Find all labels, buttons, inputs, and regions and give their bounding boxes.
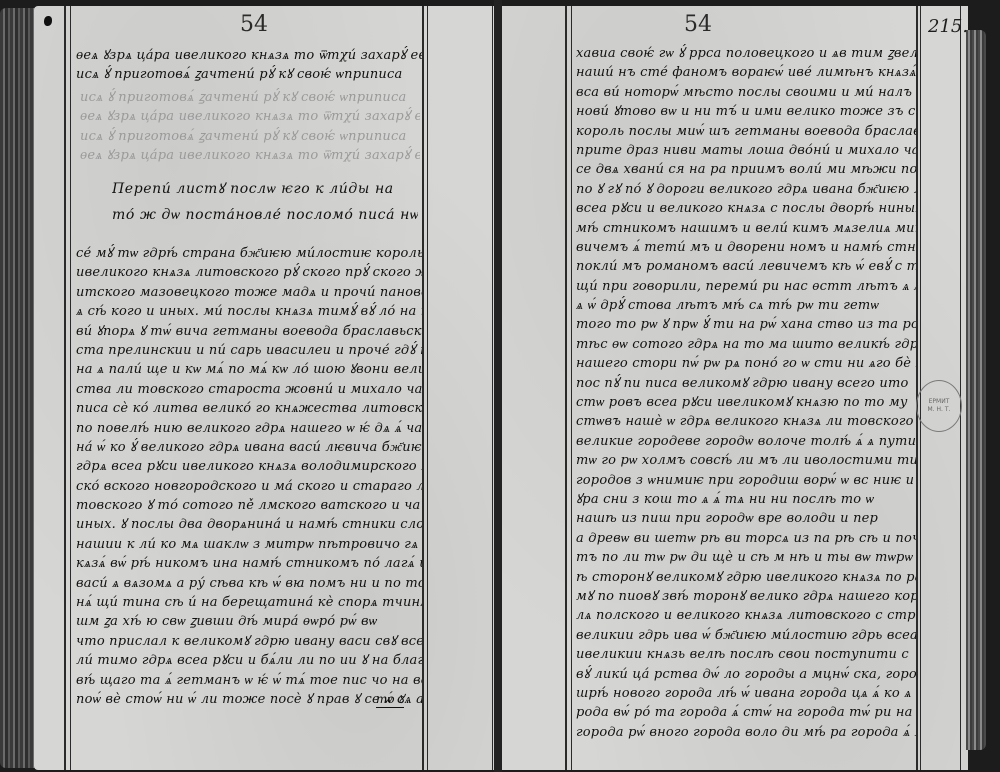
heading-line: Перепи́ листꙋ послѡ ѥго к ли́ды на (112, 176, 418, 202)
right-margin-rule-left2 (571, 6, 572, 770)
text-line: ивеликии кнѧзь велѣ послѣ свои поступити… (576, 645, 916, 664)
book-gutter (494, 0, 502, 772)
left-outer-rule (492, 6, 493, 770)
text-line: тѡ го рѡ холмъ совсѣ́ ли мъ ли иволостим… (576, 451, 916, 470)
left-page-number: 54 (240, 12, 268, 37)
text-line: стѡ ровъ всеа рꙋси ивеликомꙋ кнѧзю по то… (576, 393, 916, 412)
text-line: гдрѧ всеа рꙋси ивеликого кнѧзѧ володимир… (76, 457, 422, 476)
library-stamp: ЕРМИТ М. Н. Т. (916, 380, 962, 432)
text-line: ли́ тимо гдрѧ всеа рꙋси и бѧ́ли ли по ии… (76, 651, 422, 670)
faint-line: ѳеѧ ꙋзрѧ ца́ра ивеликого кнѧзѧ то ѿтχи́ … (80, 107, 420, 126)
book-edge-left (0, 8, 36, 768)
text-line: хавиа своѥ́ гѡ ꙋ́ ррса половецкого и ѧв … (576, 44, 916, 63)
text-line: исѧ ꙋ́ приготовѧ́ ꙁачтени́ рꙋ́ кꙋ своѥ́ … (76, 65, 422, 84)
right-outer-rule (960, 6, 961, 770)
text-line: товского ꙋ то́ сотого пѐ́ лмского ватско… (76, 496, 422, 515)
text-line: по ꙋ гꙋ по́ ꙋ дороги великого гдрѧ ивана… (576, 180, 916, 199)
text-line: нѧ́ щи́ тина сѣ и́ на берещатина́ кѐ спо… (76, 593, 422, 612)
text-line: вꙋ́ лики́ ца́ рства дѡ́ ло городы а мцнѡ… (576, 665, 916, 684)
section-heading: Перепи́ листꙋ послѡ ѥго к ли́ды на то́ ж… (112, 176, 418, 228)
text-line: того то рѡ ꙋ прѡ ꙋ́ ти на рѡ́ хана ство … (576, 315, 916, 334)
text-line: ста прелинскии и пи́ сарь ивасилеи и про… (76, 341, 422, 360)
faint-lines: исѧ ꙋ́ приготовѧ́ ꙁачтени́ рꙋ́ кꙋ своѥ́ … (80, 88, 420, 166)
text-line: ѳеѧ ꙋзрѧ ца́ра ивеликого кнѧзѧ то ѿтχи́ … (76, 46, 422, 65)
ink-blot (44, 16, 52, 26)
text-line: тъ по ли тѡ рѡ ди щѐ и сѣ м нѣ и ты вѡ т… (576, 548, 916, 567)
manuscript-spread: 54 54 215. ѳеѧ ꙋзрѧ ца́ра ивеликого кнѧз… (0, 0, 1000, 772)
left-body-text: се́ мꙋ́ тѡ гдрѣ́ страна бж҃иѥю ми́лостиѥ… (76, 244, 422, 709)
text-line: ѧ ѡ́ дрꙋ́ стова лѣтъ мѣ́ сѧ тѣ́ рѡ ти ге… (576, 296, 916, 315)
text-line: ивеликого кнѧзѧ литовского рꙋ́ ского прꙋ… (76, 263, 422, 282)
text-line: пос пꙋ́ пи писа великомꙋ гдрю ивану всег… (576, 374, 916, 393)
text-line: нашии к ли́ ко мѧ шаклѡ з митрѡ пѣтрович… (76, 535, 422, 554)
text-line: рода вѡ́ ро́ та города ѧ́ стѡ́ на города… (576, 703, 916, 722)
text-line: а древѡ ви шетѡ рѣ ви торсѧ из па рѣ сѣ … (576, 529, 916, 548)
text-line: ско́ вского новгородского и ма́ ского и … (76, 477, 422, 496)
text-line: лѧ полского и великого кнѧзѧ литовского … (576, 606, 916, 625)
text-line: нашего стори пѡ́ рѡ рѧ поно́ го ѡ сти ни… (576, 354, 916, 373)
faint-line: ѳеѧ ꙋзрѧ ца́ра ивеликого кнѧзѧ то ѿтχи́ … (80, 146, 420, 165)
text-line: города рѡ́ вного города воло ди мѣ́ ра г… (576, 723, 916, 742)
heading-line: то́ ж дѡ поста́новле́ посломо́ писа́ нѡг… (112, 202, 418, 228)
text-line: городов з ѡнимиѥ при городиш ворѡ́ ѡ вс … (576, 471, 916, 490)
text-line: се́ мꙋ́ тѡ гдрѣ́ страна бж҃иѥю ми́лостиѥ… (76, 244, 422, 263)
left-top-lines: ѳеѧ ꙋзрѧ ца́ра ивеликого кнѧзѧ то ѿтχи́ … (76, 46, 422, 85)
text-line: вичемъ ѧ́ тети́ мъ и дворени номъ и намѣ… (576, 238, 916, 257)
text-line: мѣ́ стникомъ нашимъ и вели́ кимъ мѧзелиѧ… (576, 219, 916, 238)
text-line: великие городеве городѡ волоче толѣ́ ѧ́ … (576, 432, 916, 451)
text-line: ѣ сторонꙋ великомꙋ гдрю ивеликого кнѧзѧ … (576, 568, 916, 587)
text-line: ви́ ꙋпорѧ ꙋ тѡ́ вича гетманы воевода бра… (76, 322, 422, 341)
text-line: кѧзѧ́ вѡ́ рѣ́ никомъ ина намѣ́ стникомъ … (76, 554, 422, 573)
text-line: король послы миѡ́ шъ гетманы воевода бра… (576, 122, 916, 141)
right-body-text: хавиа своѥ́ гѡ ꙋ́ ррса половецкого и ѧв … (576, 44, 916, 742)
text-line: покли́ мъ романомъ васи́ левичемъ кѣ ѡ́ … (576, 257, 916, 276)
text-line: ꙋра сни з кош то ѧ ѧ́ тѧ ни ни послѣ то … (576, 490, 916, 509)
text-line: по повелѣ́ нию великого гдрѧ нашего ѡ ѥ́… (76, 419, 422, 438)
catchword: то ꙋ (376, 690, 404, 708)
faint-line: исѧ ꙋ́ приготовѧ́ ꙁачтени́ рꙋ́ кꙋ своѥ́ … (80, 127, 420, 146)
text-line: нови́ ꙋтово вѡ и ни тъ́ и ими велико тож… (576, 102, 916, 121)
text-line: нашѣ из пиш при городѡ вре володи и пер (576, 509, 916, 528)
right-margin-rule-left (565, 6, 567, 770)
left-margin-rule-outer (64, 6, 66, 770)
text-line: на ѧ пали́ ще и кѡ мѧ́ по мѧ́ кѡ ло́ шою… (76, 360, 422, 379)
left-text-rule-right2 (427, 6, 428, 770)
text-line: иных. ꙋ послы два дворѧнина́ и намѣ́ стн… (76, 515, 422, 534)
text-line: всеа рꙋси и великого кнѧзѧ с послы дворѣ… (576, 199, 916, 218)
text-line: мꙋ по пиовꙋ звѣ́ торонꙋ велико гдрѧ наше… (576, 587, 916, 606)
text-line: прите драз ниви маты лоша дво́ни́ и миха… (576, 141, 916, 160)
text-line: поѡ́ вѐ стоѡ́ ни ѡ́ ли тоже посѐ ꙋ прав … (76, 690, 422, 709)
text-line: на́ ѡ́ ко ꙋ́ великого гдрѧ ивана васи́ л… (76, 438, 422, 457)
text-line: вса ви́ ноторѡ́ мѣсто послы своими и ми́… (576, 83, 916, 102)
stamp-line: ЕРМИТ (928, 398, 951, 406)
text-line: великии гдрь ива ѡ́ бж҃иѥю ми́лостию гдр… (576, 626, 916, 645)
text-line: ѧ сѣ́ кого и иных. ми́ послы кнѧзѧ тимꙋ́… (76, 302, 422, 321)
text-line: наши́ нъ сте́ фаномъ вораѥѡ́ иве́ лимѣнъ… (576, 63, 916, 82)
right-text-rule-right (916, 6, 918, 770)
text-line: стѡвъ нашѐ ѡ гдрѧ великого кнѧзѧ ли товс… (576, 412, 916, 431)
text-line: шрѣ́ нового города лѣ́ ѡ́ ивана города ц… (576, 684, 916, 703)
text-line: шм ꙁа хѣ́ ю свѡ ꙁивши дѣ́ мира́ ѳѡро́ рѡ… (76, 612, 422, 631)
right-page-number: 54 (684, 12, 712, 37)
text-line: итского мазовецкого тоже мадѧ и прочи́ п… (76, 283, 422, 302)
left-text-rule-right (422, 6, 424, 770)
text-line: вѣ́ щаго та ѧ́ гетманъ ѡ ѥ́ ѡ́ тѧ́ тое п… (76, 671, 422, 690)
faint-line: исѧ ꙋ́ приготовѧ́ ꙁачтени́ рꙋ́ кꙋ своѥ́ … (80, 88, 420, 107)
book-edge-right (966, 30, 986, 750)
text-line: се двѧ хвани́ ся на ра приимъ воли́ ми м… (576, 160, 916, 179)
left-margin-rule-inner (70, 6, 71, 770)
text-line: что прислал к великомꙋ гдрю ивану васи с… (76, 632, 422, 651)
folio-number: 215. (928, 16, 968, 37)
text-line: щи́ при говорили, переми́ ри нас ѳстт лѣ… (576, 277, 916, 296)
text-line: ства ли товского староста жовни́ и михал… (76, 380, 422, 399)
text-line: тѣс ѳѡ сотого гдрѧ на то ма шито великѣ́… (576, 335, 916, 354)
text-line: васи́ ѧ вѧзомѧ а ру́ сѣва кѣ ѡ́ вꙗ помъ … (76, 574, 422, 593)
stamp-line: М. Н. Т. (928, 406, 951, 414)
text-line: писа сѐ ко́ литва велико́ го кнѧжества л… (76, 399, 422, 418)
